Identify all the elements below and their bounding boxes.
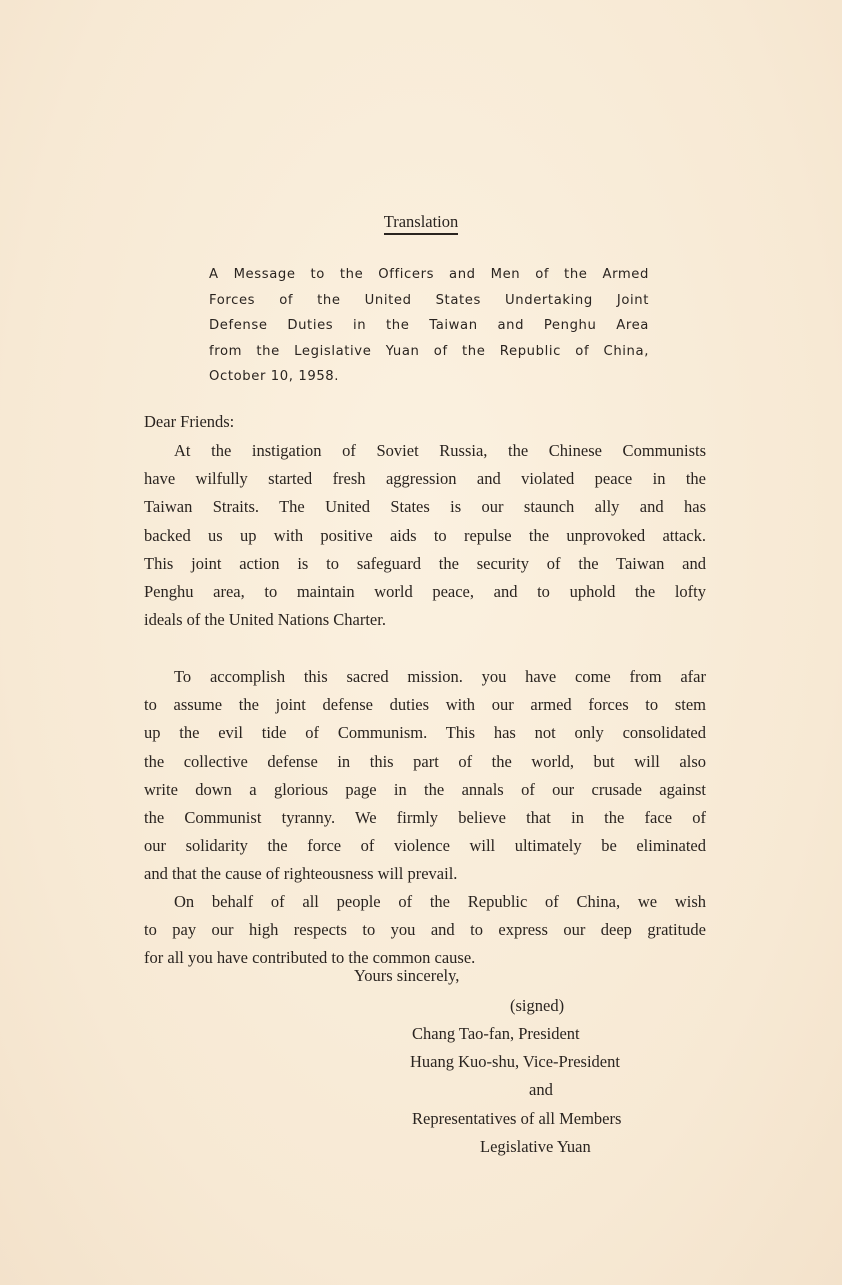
salutation: Dear Friends: [144, 412, 234, 432]
text-line: our solidarity the force of violence wil… [144, 832, 706, 860]
text-line: This joint action is to safeguard the se… [144, 550, 706, 578]
title-text: Translation [384, 212, 459, 235]
signatory-president: Chang Tao-fan, President [412, 1024, 580, 1044]
text-line: the Communist tyranny. We firmly believe… [144, 804, 706, 832]
text-line: and that the cause of righteousness will… [144, 860, 706, 888]
paragraph-2: To accomplish this sacred mission. you h… [144, 663, 706, 889]
valediction: Yours sincerely, [354, 966, 459, 986]
text-line: On behalf of all people of the Republic … [144, 888, 706, 916]
text-line: backed us up with positive aids to repul… [144, 522, 706, 550]
text-line: have wilfully started fresh aggression a… [144, 465, 706, 493]
text-line: ideals of the United Nations Charter. [144, 606, 706, 634]
text-line: the collective defense in this part of t… [144, 748, 706, 776]
heading-line: Defense Duties in the Taiwan and Penghu … [209, 313, 649, 339]
signatory-vice-president: Huang Kuo-shu, Vice-President [410, 1052, 620, 1072]
text-line: Penghu area, to maintain world peace, an… [144, 578, 706, 606]
heading-line: from the Legislative Yuan of the Republi… [209, 339, 649, 365]
heading-date: October 10, 1958. [209, 364, 649, 390]
document-title: Translation [0, 212, 842, 232]
signed-note: (signed) [510, 996, 564, 1016]
document-page: Translation A Message to the Officers an… [0, 0, 842, 1285]
text-line: to pay our high respects to you and to e… [144, 916, 706, 944]
paragraph-1: At the instigation of Soviet Russia, the… [144, 437, 706, 634]
conjunction-and: and [529, 1080, 553, 1100]
heading-line: A Message to the Officers and Men of the… [209, 262, 649, 288]
paragraph-3: On behalf of all people of the Republic … [144, 888, 706, 973]
text-line: up the evil tide of Communism. This has … [144, 719, 706, 747]
text-line: To accomplish this sacred mission. you h… [144, 663, 706, 691]
text-line: to assume the joint defense duties with … [144, 691, 706, 719]
signatory-representatives: Representatives of all Members [412, 1109, 621, 1129]
text-line: At the instigation of Soviet Russia, the… [144, 437, 706, 465]
text-line: write down a glorious page in the annals… [144, 776, 706, 804]
text-line: Taiwan Straits. The United States is our… [144, 493, 706, 521]
message-heading: A Message to the Officers and Men of the… [209, 262, 649, 390]
signatory-legislative-yuan: Legislative Yuan [480, 1137, 591, 1157]
heading-line: Forces of the United States Undertaking … [209, 288, 649, 314]
